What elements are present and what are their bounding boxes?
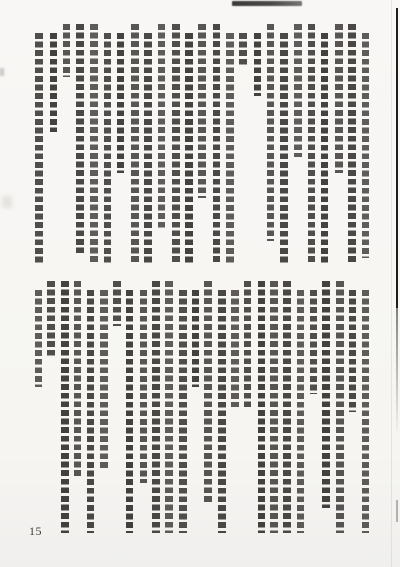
text-column — [349, 290, 357, 412]
text-column — [204, 281, 212, 503]
text-column — [283, 281, 291, 533]
text-column — [61, 281, 69, 533]
text-column — [74, 281, 82, 478]
text-column — [270, 281, 278, 533]
text-column — [258, 281, 266, 533]
text-column — [87, 290, 95, 533]
lower-text-block — [0, 0, 400, 567]
text-column — [297, 290, 305, 533]
text-column — [113, 281, 121, 326]
text-column — [231, 290, 239, 407]
text-column — [47, 281, 55, 357]
page-number: 15 — [29, 524, 42, 539]
text-column — [140, 290, 148, 483]
text-column — [322, 281, 330, 508]
text-column — [218, 290, 226, 533]
text-column — [336, 281, 344, 533]
text-column — [362, 290, 370, 533]
text-column — [152, 281, 160, 533]
text-column — [179, 290, 187, 533]
text-column — [244, 281, 252, 407]
text-column — [192, 290, 200, 387]
text-column — [165, 281, 173, 533]
text-column — [100, 290, 108, 470]
text-column — [35, 290, 43, 387]
scanned-book-page: 15 — [0, 0, 400, 567]
text-column — [310, 290, 318, 395]
text-column — [126, 290, 134, 533]
